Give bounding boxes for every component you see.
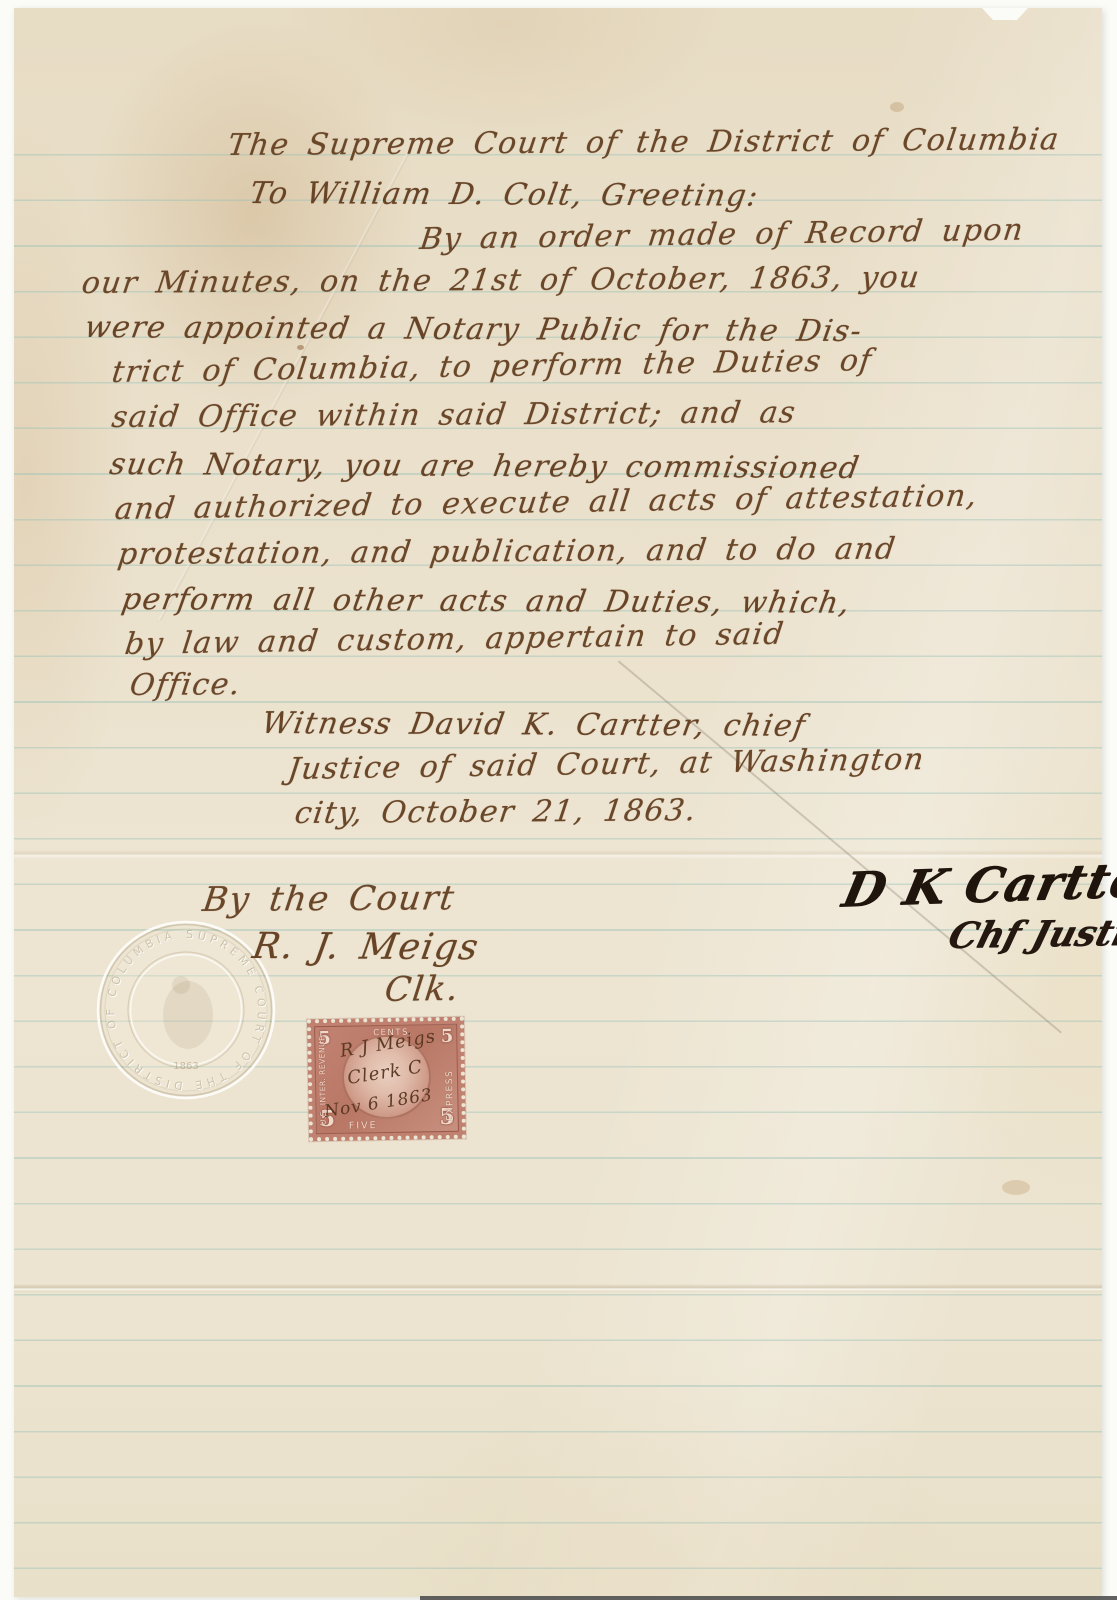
- handwritten-line: such Notary, you are hereby commissioned: [107, 447, 862, 486]
- clerk-signature: R. J. Meigs: [250, 926, 483, 968]
- handwritten-line: our Minutes, on the 21st of October, 186…: [80, 260, 923, 301]
- handwritten-line: By an order made of Record upon: [418, 213, 1026, 257]
- handwritten-line: Justice of said Court, at Washington: [286, 742, 927, 787]
- by-the-court-text: By the Court: [200, 878, 457, 920]
- handwritten-line: Office.: [128, 667, 244, 703]
- handwriting-body: The Supreme Court of the District of Col…: [14, 8, 1102, 1597]
- handwritten-line: trict of Columbia, to perform the Duties…: [110, 343, 875, 390]
- scan-bottom-edge: [420, 1596, 1117, 1600]
- document-page: SUPREME COURT OF THE DISTRICT OF COLUMBI…: [14, 8, 1102, 1597]
- handwritten-line: and authorized to execute all acts of at…: [113, 478, 980, 527]
- handwritten-line: protestation, and publication, and to do…: [116, 532, 899, 572]
- handwritten-line: city, October 21, 1863.: [293, 793, 700, 831]
- handwritten-line: were appointed a Notary Public for the D…: [82, 310, 865, 349]
- handwritten-line: Witness David K. Cartter, chief: [259, 706, 809, 744]
- handwritten-line: by law and custom, appertain to said: [123, 617, 787, 662]
- clerk-abbreviation: Clk.: [383, 969, 462, 1010]
- handwritten-line: perform all other acts and Duties, which…: [119, 582, 853, 621]
- handwritten-line: To William D. Colt, Greeting:: [247, 176, 762, 214]
- handwritten-line: The Supreme Court of the District of Col…: [226, 122, 1062, 163]
- handwritten-line: said Office within said District; and as: [110, 395, 799, 435]
- justice-signature-title: Chf Justice: [944, 911, 1117, 957]
